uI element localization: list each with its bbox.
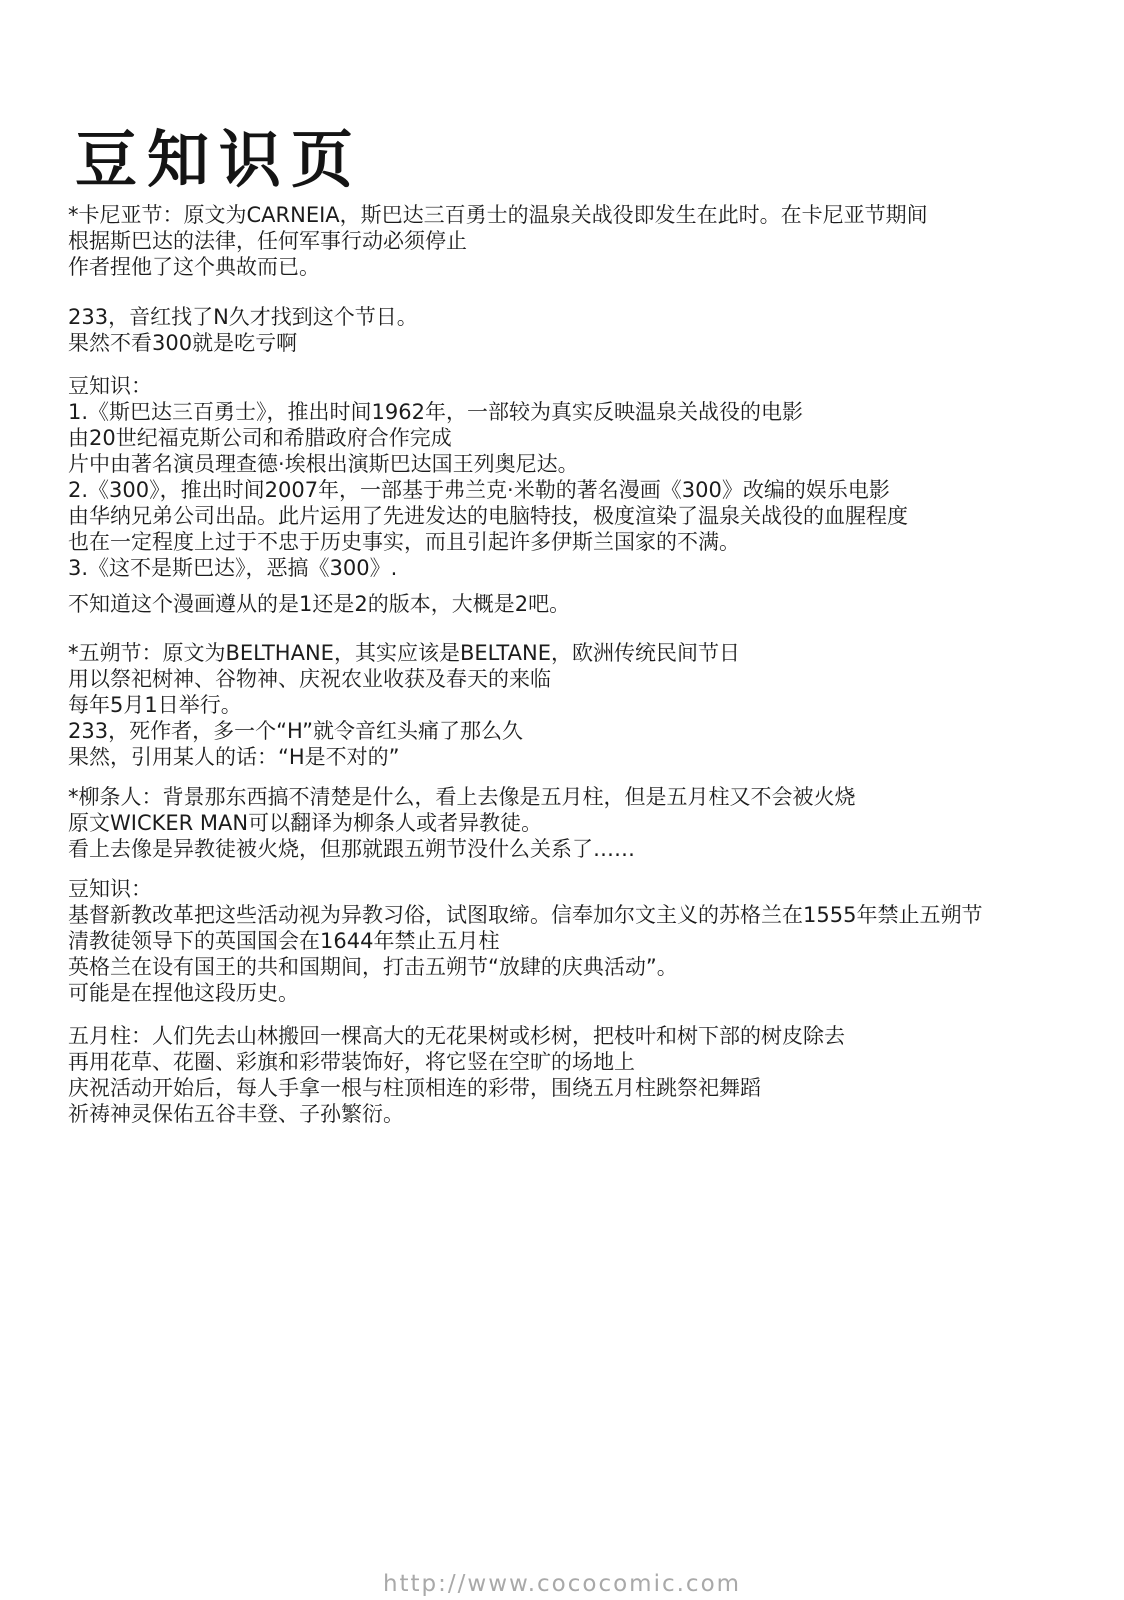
- text-line: 五月柱：人们先去山林搬回一棵高大的无花果树或杉树，把枝叶和树下部的树皮除去: [68, 1023, 1104, 1049]
- section-beltane-note: *五朔节：原文为BELTHANE，其实应该是BELTANE，欧洲传统民间节日 用…: [68, 640, 1104, 770]
- text-line: 再用花草、花圈、彩旗和彩带装饰好，将它竖在空旷的场地上: [68, 1049, 1104, 1075]
- text-line: 清教徒领导下的英国国会在1644年禁止五月柱: [68, 928, 1104, 954]
- site-watermark-url: http://www.cococomic.com: [0, 1571, 1124, 1597]
- section-comment-233: 233，音红找了N久才找到这个节日。 果然不看300就是吃亏啊: [68, 304, 1104, 356]
- text-line: 作者捏他了这个典故而已。: [68, 254, 1104, 280]
- text-line: 1.《斯巴达三百勇士》，推出时间1962年，一部较为真实反映温泉关战役的电影: [68, 399, 1104, 425]
- text-line: *卡尼亚节：原文为CARNEIA，斯巴达三百勇士的温泉关战役即发生在此时。在卡尼…: [68, 202, 1104, 228]
- section-carneia-note: *卡尼亚节：原文为CARNEIA，斯巴达三百勇士的温泉关战役即发生在此时。在卡尼…: [68, 202, 1104, 280]
- scanned-trivia-page: 豆知识页 *卡尼亚节：原文为CARNEIA，斯巴达三百勇士的温泉关战役即发生在此…: [0, 0, 1124, 1600]
- text-line: *五朔节：原文为BELTHANE，其实应该是BELTANE，欧洲传统民间节日: [68, 640, 1104, 666]
- text-line: 庆祝活动开始后，每人手拿一根与柱顶相连的彩带，围绕五月柱跳祭祀舞蹈: [68, 1075, 1104, 1101]
- text-line: 也在一定程度上过于不忠于历史事实，而且引起许多伊斯兰国家的不满。: [68, 529, 1104, 555]
- text-line: 根据斯巴达的法律，任何军事行动必须停止: [68, 228, 1104, 254]
- text-line: 由20世纪福克斯公司和希腊政府合作完成: [68, 425, 1104, 451]
- text-line: 不知道这个漫画遵从的是1还是2的版本，大概是2吧。: [68, 591, 1104, 617]
- text-line: 原文WICKER MAN可以翻译为柳条人或者异教徒。: [68, 810, 1104, 836]
- text-line: 豆知识：: [68, 373, 1104, 399]
- text-line: 233，死作者，多一个“H”就令音红头痛了那么久: [68, 718, 1104, 744]
- text-line: 果然，引用某人的话：“H是不对的”: [68, 744, 1104, 770]
- text-line: 豆知识：: [68, 876, 1104, 902]
- section-trivia-movies: 豆知识： 1.《斯巴达三百勇士》，推出时间1962年，一部较为真实反映温泉关战役…: [68, 373, 1104, 581]
- text-line: *柳条人：背景那东西搞不清楚是什么，看上去像是五月柱，但是五月柱又不会被火烧: [68, 784, 1104, 810]
- text-line: 233，音红找了N久才找到这个节日。: [68, 304, 1104, 330]
- section-version-guess: 不知道这个漫画遵从的是1还是2的版本，大概是2吧。: [68, 591, 1104, 617]
- text-line: 3.《这不是斯巴达》，恶搞《300》.: [68, 555, 1104, 581]
- text-line: 片中由著名演员理查德·埃根出演斯巴达国王列奥尼达。: [68, 451, 1104, 477]
- page-title: 豆知识页: [75, 110, 363, 199]
- section-trivia-history: 豆知识： 基督新教改革把这些活动视为异教习俗，试图取缔。信奉加尔文主义的苏格兰在…: [68, 876, 1104, 1006]
- text-line: 英格兰在设有国王的共和国期间，打击五朔节“放肆的庆典活动”。: [68, 954, 1104, 980]
- text-line: 用以祭祀树神、谷物神、庆祝农业收获及春天的来临: [68, 666, 1104, 692]
- text-line: 每年5月1日举行。: [68, 692, 1104, 718]
- text-line: 看上去像是异教徒被火烧，但那就跟五朔节没什么关系了……: [68, 836, 1104, 862]
- text-line: 基督新教改革把这些活动视为异教习俗，试图取缔。信奉加尔文主义的苏格兰在1555年…: [68, 902, 1104, 928]
- text-line: 由华纳兄弟公司出品。此片运用了先进发达的电脑特技，极度渲染了温泉关战役的血腥程度: [68, 503, 1104, 529]
- section-maypole-note: 五月柱：人们先去山林搬回一棵高大的无花果树或杉树，把枝叶和树下部的树皮除去 再用…: [68, 1023, 1104, 1127]
- text-line: 可能是在捏他这段历史。: [68, 980, 1104, 1006]
- section-wicker-man-note: *柳条人：背景那东西搞不清楚是什么，看上去像是五月柱，但是五月柱又不会被火烧 原…: [68, 784, 1104, 862]
- text-line: 祈祷神灵保佑五谷丰登、子孙繁衍。: [68, 1101, 1104, 1127]
- text-line: 2.《300》，推出时间2007年，一部基于弗兰克·米勒的著名漫画《300》改编…: [68, 477, 1104, 503]
- text-line: 果然不看300就是吃亏啊: [68, 330, 1104, 356]
